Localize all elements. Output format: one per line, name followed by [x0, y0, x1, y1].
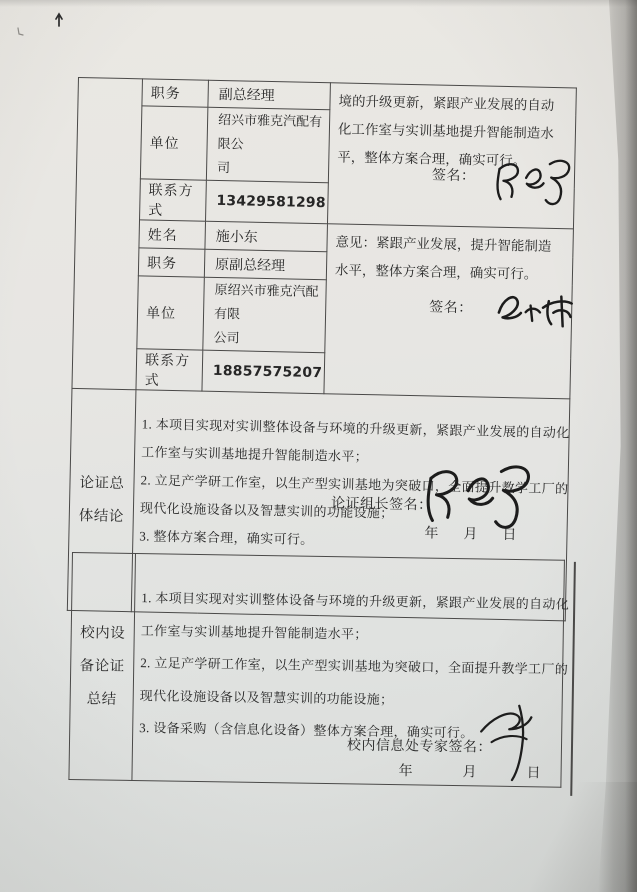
- section-label-campus-conclusion: 校内设备论证总结: [69, 553, 136, 781]
- field-label: 单位: [140, 106, 208, 180]
- date-month: 月: [462, 761, 476, 781]
- field-label: 姓名: [139, 220, 206, 249]
- field-label: 联系方式: [140, 179, 207, 221]
- empty-span-cell: [72, 78, 142, 390]
- field-value: 原绍兴市雅克汽配有限 公司: [203, 277, 327, 353]
- phone-number: 18857575207: [202, 350, 325, 394]
- pen-mark-icon: [52, 11, 66, 29]
- field-label: 联系方式: [136, 349, 203, 391]
- phone-number: 13429581298: [206, 180, 329, 224]
- field-label: 职务: [138, 248, 205, 277]
- date-day: 日: [502, 524, 516, 544]
- scanned-review-form: 职务 副总经理 境的升级更新，紧跟产业发展的自动化工作室与实训基地提升智能制造水…: [0, 0, 637, 892]
- date-line: 年月日: [424, 522, 516, 544]
- date-day: 日: [526, 762, 540, 782]
- signature-reviewer-1: [490, 150, 583, 212]
- date-year: 年: [424, 522, 438, 542]
- review-table: 职务 副总经理 境的升级更新，紧跟产业发展的自动化工作室与实训基地提升智能制造水…: [67, 77, 576, 621]
- date-year: 年: [398, 760, 412, 780]
- top-shadow: [0, 0, 637, 7]
- field-value: 副总经理: [208, 80, 331, 110]
- field-value: 绍兴市雅克汽配有限公 司: [206, 107, 330, 183]
- background-edge: [625, 0, 637, 892]
- campus-review-table: 校内设备论证总结 1. 本项目实现对实训整体设备与环境的升级更新，紧跟产业发展的…: [68, 552, 564, 788]
- sign-label: 校内信息处专家签名：: [347, 734, 492, 756]
- scan-speck-icon: [15, 26, 25, 38]
- field-value: 原副总经理: [204, 249, 327, 280]
- field-label: 单位: [137, 276, 205, 350]
- sign-label: 签名：: [432, 164, 476, 185]
- date-line: 年月日: [398, 760, 540, 782]
- signature-shi-xiaodong: [493, 282, 580, 332]
- date-month: 月: [463, 523, 477, 543]
- outer-border-line: [570, 562, 575, 796]
- field-value: 施小东: [205, 221, 328, 252]
- sign-label: 签名：: [429, 296, 473, 317]
- corner-shadow: [487, 782, 637, 892]
- field-label: 职务: [142, 79, 209, 107]
